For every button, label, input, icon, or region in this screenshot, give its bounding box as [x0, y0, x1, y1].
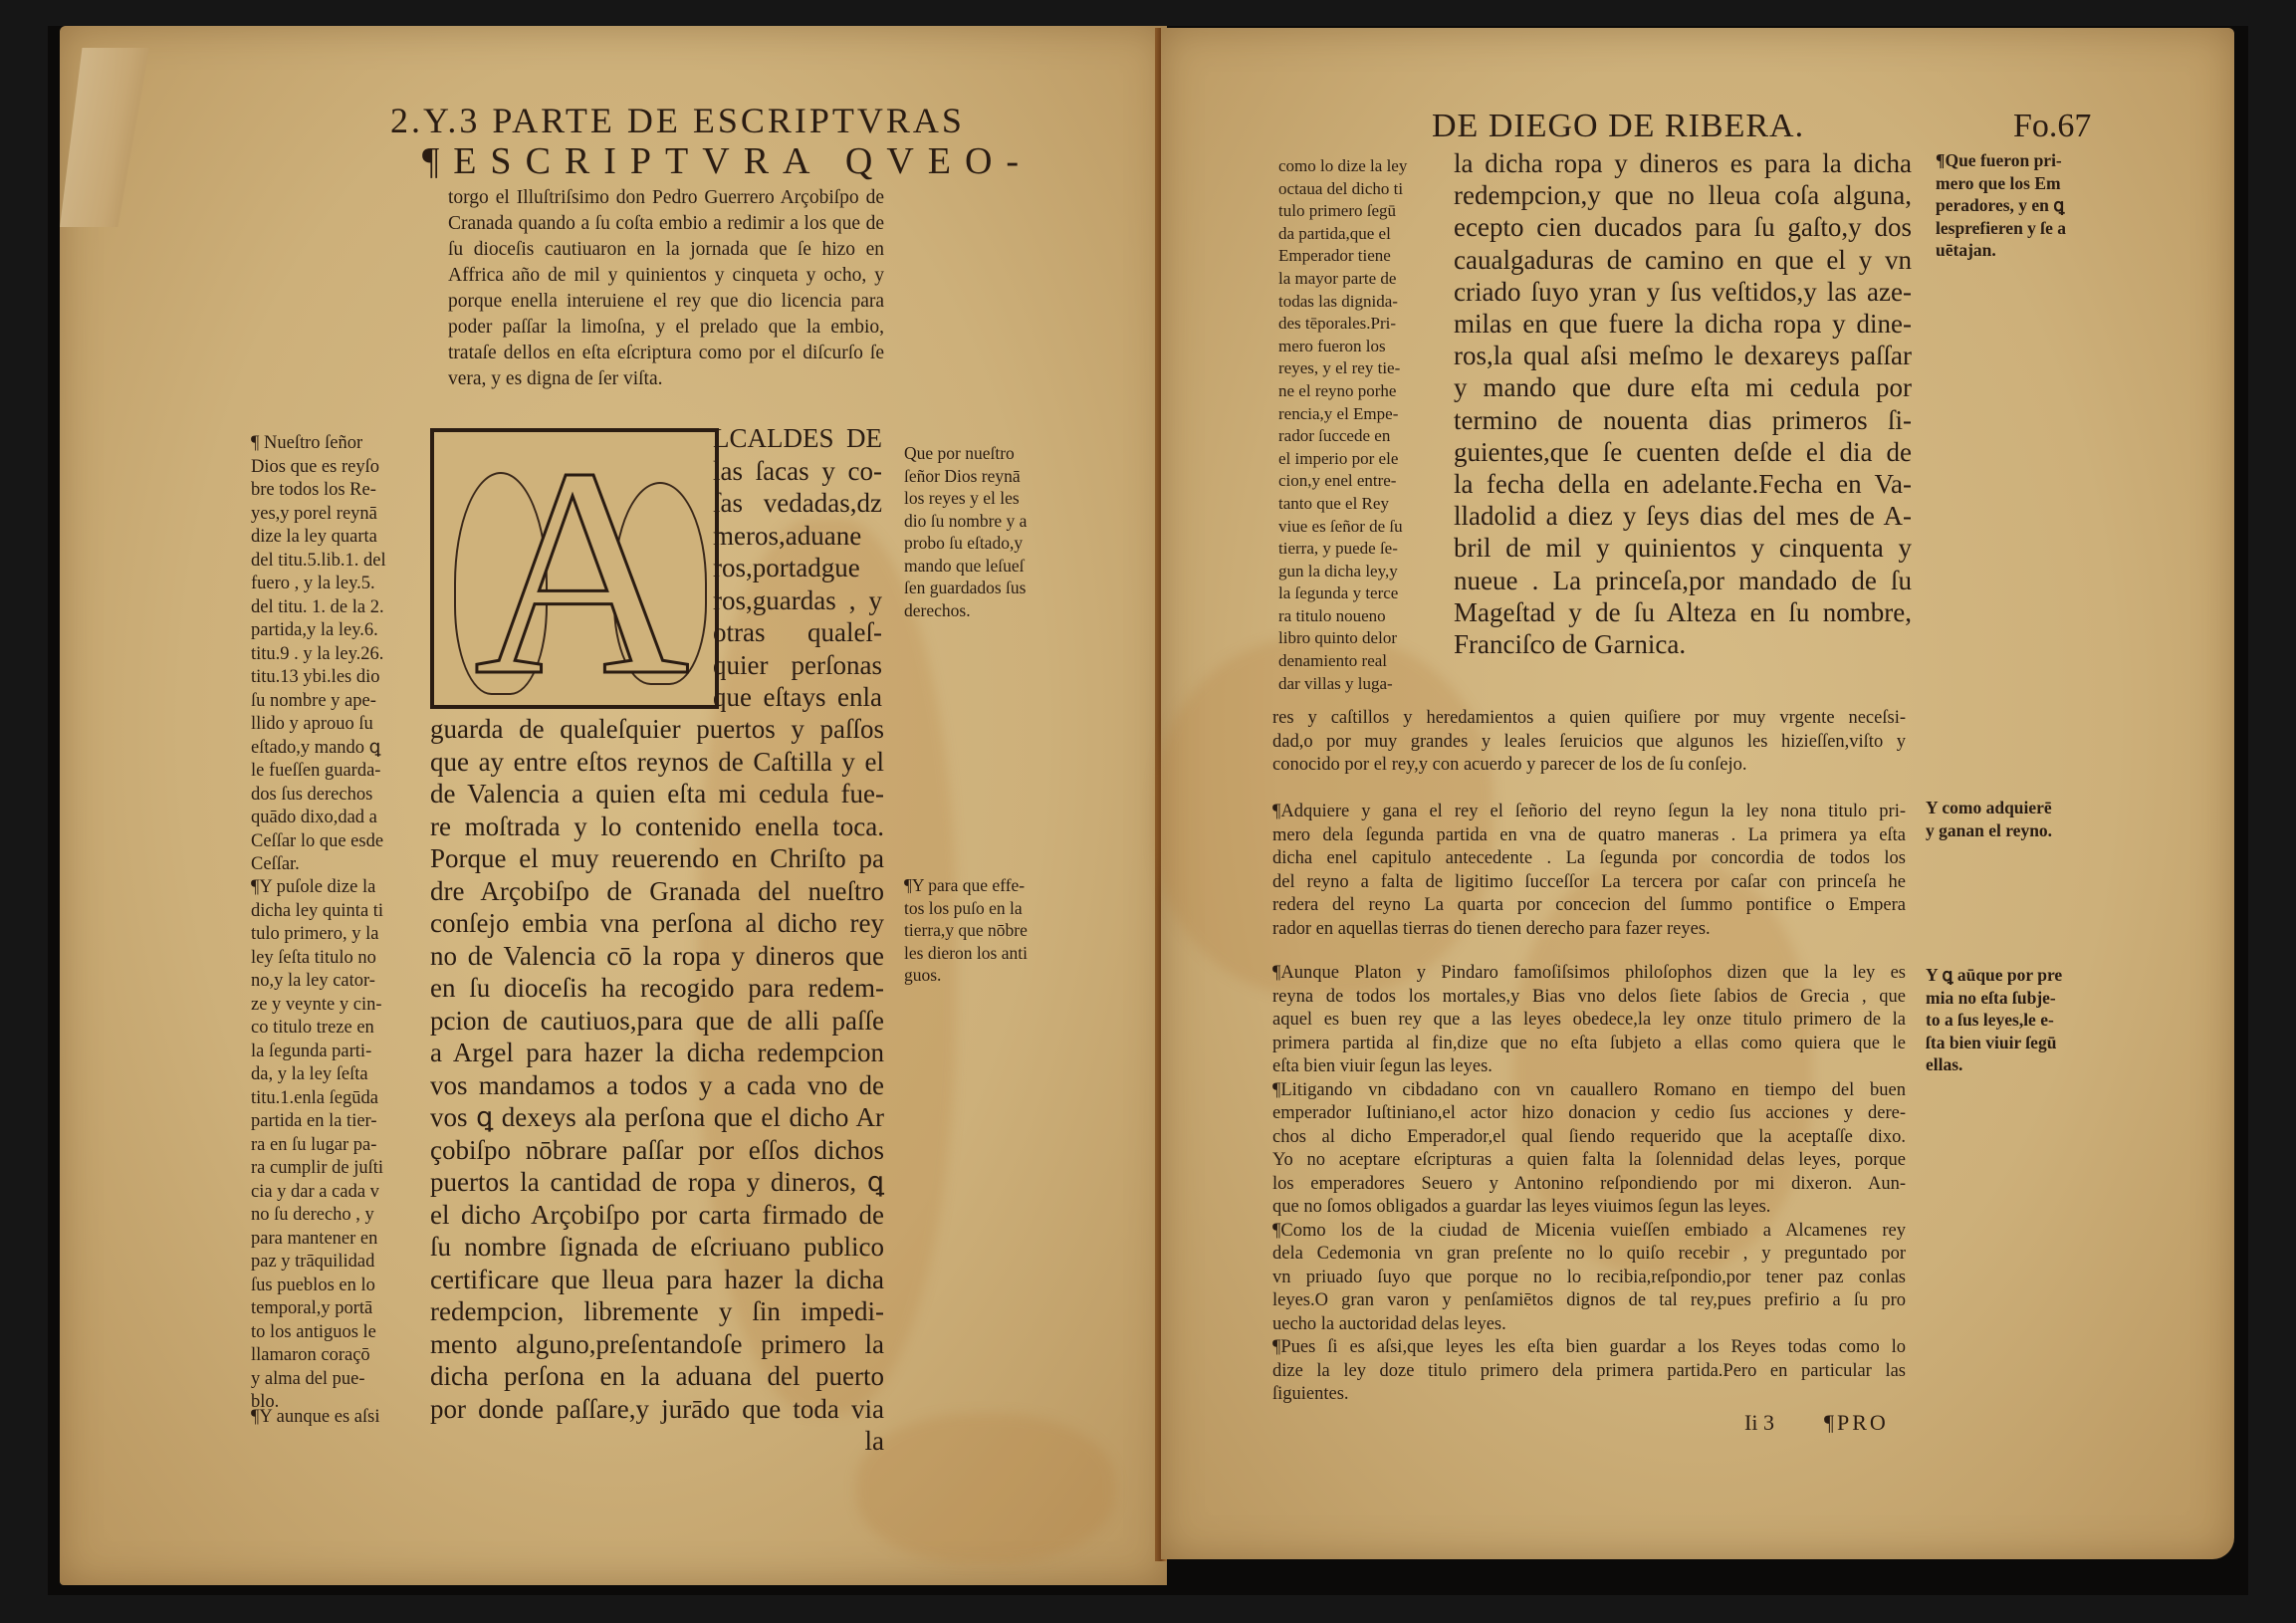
note-line: Y como adquierē [1926, 797, 2105, 819]
text-line: Yo no aceptare eſcripturas a quien falta… [1272, 1149, 1906, 1173]
continuation-text: res y caſtillos y heredamientos a quien … [1272, 707, 1906, 778]
text-line: bril de mil y quinientos y cinquenta y [1454, 532, 1912, 564]
text-line: uecho la auctoridad delas leyes. [1272, 1313, 1906, 1337]
note-line: llamaron coraçō [251, 1344, 410, 1368]
text-line: Franciſco de Garnica. [1454, 628, 1912, 660]
text-line: ſas vedadas,dz [713, 487, 882, 520]
note-line: el imperio por ele [1278, 448, 1438, 471]
text-line: ¶Pues ſi es aſsi,que leyes les eſta bien… [1272, 1336, 1906, 1360]
main-text-column-right: la dicha ropa y dineros es para la dicha… [1454, 147, 1912, 660]
note-line: la mayor parte de [1278, 268, 1438, 291]
text-line: y mando que dure eſta mi cedula por [1454, 371, 1912, 403]
text-line: los emperadores Seuero y Antonino reſpon… [1272, 1173, 1906, 1197]
text-line: que eſtays enla [713, 681, 882, 714]
text-line: dicha perſona en la aduana del puerto [430, 1360, 884, 1393]
note-line: dos ſus derechos [251, 784, 410, 808]
note-line: cia y dar a cada v [251, 1181, 410, 1205]
text-line: lladolid a diez y ſeys dias del mes de A… [1454, 500, 1912, 532]
note-line: ſu nombre y ape- [251, 690, 410, 714]
text-line: mento alguno,preſentandoſe primero la [430, 1328, 884, 1361]
note-line: viue es ſeñor de ſu [1278, 516, 1438, 539]
note-line: eſtado,y mando ꝗ [251, 737, 410, 761]
note-line: todas las dignida- [1278, 291, 1438, 314]
note-line: gun la dicha ley,y [1278, 561, 1438, 583]
note-line: bre todos los Re- [251, 479, 410, 503]
text-line: certificare que lleua para hazer la dich… [430, 1264, 884, 1296]
text-line: ¶Aunque Platon y Pindaro famoſiſsimos ph… [1272, 962, 1906, 986]
note-line: titu.1.enla ſegūda [251, 1087, 410, 1111]
text-line: ros,portadgue [713, 552, 882, 584]
text-line: dicha enel capitulo antecedente . La ſeg… [1272, 847, 1906, 871]
left-margin-note-1: ¶ Nueſtro ſeñor Dios que es reyſo bre to… [251, 432, 410, 877]
text-line: caualgaduras de camino en que el y vn [1454, 244, 1912, 276]
running-head-left: 2.Y.3 PARTE DE ESCRIPTVRAS [390, 100, 965, 141]
note-line: ra cumplir de juſti [251, 1157, 410, 1181]
note-line: tierra, y puede ſe- [1278, 538, 1438, 561]
note-line: reyes, y el rey tie- [1278, 357, 1438, 380]
note-line: co titulo treze en [251, 1017, 410, 1041]
text-line: del reyno a falta de ligitimo ſucceſſor … [1272, 871, 1906, 895]
text-line: çobiſpo nōbrare paſſar por eſſos dichos [430, 1134, 884, 1167]
note-line: derechos. [904, 599, 1073, 622]
paragraph-aunque-platon: ¶Aunque Platon y Pindaro famoſiſsimos ph… [1272, 962, 1906, 1407]
text-line: guientes,que ſe cuenten deſde el dia de [1454, 436, 1912, 468]
text-line: primera partida al fin,dize que no eſta … [1272, 1033, 1906, 1056]
text-line: conſejo embia vna perſona al dicho rey [430, 907, 884, 940]
text-line: leyes.O gran varon y penſamiētos dignos … [1272, 1289, 1906, 1313]
note-line: dicha ley quinta ti [251, 900, 410, 924]
text-line: la fecha della en adelante.Fecha en Va- [1454, 468, 1912, 500]
text-line: mero dela ſegunda partida en vna de quat… [1272, 824, 1906, 848]
text-line: redempcion, libremente y ſin impedi- [430, 1295, 884, 1328]
side-note-leyes: Y ꝗ aūque por pre mia no eſta ſubje- to … [1926, 964, 2105, 1076]
text-line: ¶Como los de la ciudad de Micenia vuieſſ… [1272, 1220, 1906, 1244]
note-line: no ſu derecho , y [251, 1204, 410, 1228]
text-line: chos al dicho Emperador,el qual ſiendo r… [1272, 1126, 1906, 1150]
note-line: probo ſu eſtado,y [904, 532, 1073, 555]
text-line: puertos la cantidad de ropa y dineros, ꝗ [430, 1166, 884, 1199]
text-line: re moſtrada y lo contenido enella toca. [430, 811, 884, 843]
text-line: la dicha ropa y dineros es para la dicha [1454, 147, 1912, 179]
right-page-left-margin-note: como lo dize la ley octaua del dicho ti … [1278, 155, 1438, 695]
note-line: del titu.5.lib.1. del [251, 550, 410, 574]
note-line: titu.13 ybi.les dio [251, 666, 410, 690]
note-line: Emperador tiene [1278, 245, 1438, 268]
note-line: lesprefieren y ſe a [1936, 217, 2105, 240]
note-line: guos. [904, 964, 1073, 987]
text-line: aquel es buen rey que a las leyes obedec… [1272, 1009, 1906, 1033]
text-line: las ſacas y co- [713, 455, 882, 488]
text-line: quier perſonas [713, 649, 882, 682]
note-line: rencia,y el Empe- [1278, 403, 1438, 426]
note-line: cion,y enel entre- [1278, 470, 1438, 493]
text-line: dad,o por muy grandes y leales ſeruicios… [1272, 731, 1906, 755]
note-line: fuero , y la ley.5. [251, 573, 410, 596]
note-line: Dios que es reyſo [251, 456, 410, 480]
text-line: eſta bien viuir ſegun las leyes. [1272, 1055, 1906, 1079]
decorated-initial: A [430, 428, 719, 709]
text-line: a Argel para hazer la dicha redempcion [430, 1037, 884, 1069]
note-line: ra en ſu lugar pa- [251, 1134, 410, 1158]
note-line: Que por nueſtro [904, 442, 1073, 465]
note-line: octaua del dicho ti [1278, 178, 1438, 201]
note-line: Ceſſar. [251, 853, 410, 877]
text-line: ros,la qual aſsi meſmo le dexareys paſſa… [1454, 340, 1912, 371]
note-line: denamiento real [1278, 650, 1438, 673]
note-line: Y ꝗ aūque por pre [1926, 964, 2105, 987]
note-line: mando que leſueſ [904, 555, 1073, 578]
side-note-adquiere: Y como adquierē y ganan el reyno. [1926, 797, 2105, 841]
note-line: le fueſſen guarda- [251, 760, 410, 784]
note-line: des tēporales.Pri- [1278, 313, 1438, 336]
left-margin-note-2: ¶Y puſole dize la dicha ley quinta ti tu… [251, 876, 410, 1415]
note-line: tanto que el Rey [1278, 493, 1438, 516]
text-line: dize la ley doze titulo primero dela pri… [1272, 1360, 1906, 1384]
text-line: por donde paſſare,y jurādo que toda via [430, 1393, 884, 1426]
note-line: llido y aprouo ſu [251, 713, 410, 737]
note-line: ſeñor Dios reynā [904, 465, 1073, 488]
text-line: ¶Litigando vn cibdadano con vn cauallero… [1272, 1079, 1906, 1103]
note-line: la ſegunda y terce [1278, 582, 1438, 605]
text-line: vos mandamos a todos y a cada vno de [430, 1069, 884, 1102]
text-line: ¶Adquiere y gana el rey el ſeñorio del r… [1272, 801, 1906, 824]
note-line: ¶Que fueron pri- [1936, 149, 2105, 172]
intro-text: torgo el Illuſtriſsimo don Pedro Guerrer… [448, 185, 884, 392]
text-line: ſiguientes. [1272, 1383, 1906, 1407]
text-line: que no ſomos obligados a guardar las ley… [1272, 1196, 1906, 1220]
note-line: to a ſus leyes,le e- [1926, 1009, 2105, 1032]
text-line: dre Arçobiſpo de Granada del nueſtro [430, 875, 884, 908]
note-line: libro quinto delor [1278, 627, 1438, 650]
note-line: temporal,y portā [251, 1297, 410, 1321]
note-line: mia no eſta ſubje- [1926, 987, 2105, 1010]
note-line: partida en la tier- [251, 1110, 410, 1134]
note-line: ¶Y puſole dize la [251, 876, 410, 900]
text-line: la [430, 1425, 884, 1458]
folio-number: Fo.67 [2013, 108, 2091, 145]
text-line: en ſu dioceſis ha recogido para redem- [430, 972, 884, 1005]
right-margin-note-2: ¶Y para que effe- tos los puſo en la tie… [904, 874, 1073, 987]
note-line: titu.9 . y la ley.26. [251, 643, 410, 667]
note-line: dar villas y luga- [1278, 673, 1438, 696]
note-line: paz y trāquilidad [251, 1251, 410, 1275]
top-right-margin-note: ¶Que fueron pri- mero que los Em perador… [1936, 149, 2105, 262]
text-line: meros,aduane [713, 520, 882, 553]
note-line: Ceſſar lo que esde [251, 830, 410, 854]
text-line: guarda de qualeſquier puertos y paſſos [430, 713, 884, 746]
text-line: Mageſtad y de ſu Alteza en ſu nombre, [1454, 596, 1912, 628]
text-line: pcion de cautiuos,para que de alli paſſe [430, 1005, 884, 1038]
note-line: ra titulo noueno [1278, 605, 1438, 628]
note-line: dize la ley quarta [251, 526, 410, 550]
text-line: emperador Iuſtiniano,el actor hizo donac… [1272, 1102, 1906, 1126]
initial-letter: A [474, 422, 690, 721]
note-line: to los antiguos le [251, 1321, 410, 1345]
note-line: partida,y la ley.6. [251, 619, 410, 643]
text-line: dela Cedemonia vn gran preſente no lo qu… [1272, 1243, 1906, 1267]
note-line: quādo dixo,dad a [251, 807, 410, 830]
note-line: ¶Y aunque es aſsi [251, 1406, 420, 1430]
signature-mark: Ii 3 [1744, 1410, 1774, 1436]
text-line: ecepto cien ducados para ſu gaſto,y dos [1454, 211, 1912, 243]
text-line: redempcion,y que no lleua coſa alguna, [1454, 179, 1912, 211]
note-line: ze y veynte y cin- [251, 994, 410, 1018]
text-line: criado ſuyo yran y ſus veſtidos,y las az… [1454, 276, 1912, 308]
note-line: y ganan el reyno. [1926, 819, 2105, 842]
note-line: ellas. [1926, 1053, 2105, 1076]
text-line: vn priuado ſuyo que porque no lo recibia… [1272, 1267, 1906, 1290]
section-title: ¶ESCRIPTVRA QVEO- [422, 139, 1033, 183]
note-line: rador ſuccede en [1278, 425, 1438, 448]
note-line: peradores, y en ꝗ [1936, 194, 2105, 217]
note-line: da partida,que el [1278, 223, 1438, 246]
note-line: tulo primero, y la [251, 923, 410, 947]
note-line: ne el reyno porhe [1278, 380, 1438, 403]
note-line: del titu. 1. de la 2. [251, 596, 410, 620]
note-line: ley ſeſta titulo no [251, 947, 410, 971]
intro-paragraph: torgo el Illuſtriſsimo don Pedro Guerrer… [448, 185, 884, 392]
note-line: tulo primero ſegū [1278, 200, 1438, 223]
note-line: ¶ Nueſtro ſeñor [251, 432, 410, 456]
running-head-right: DE DIEGO DE RIBERA. [1432, 108, 1804, 145]
text-line: termino de nouenta dias primeros ſi- [1454, 404, 1912, 436]
main-text-column-left: guarda de qualeſquier puertos y paſſos q… [430, 713, 884, 1458]
text-line: Porque el muy reuerendo en Chriſto pa [430, 842, 884, 875]
text-line: que ay entre eſtos reynos de Caſtilla y … [430, 746, 884, 779]
text-line: ros,guardas , y [713, 584, 882, 617]
right-margin-note-1: Que por nueſtro ſeñor Dios reynā los rey… [904, 442, 1073, 621]
paragraph-adquiere: ¶Adquiere y gana el rey el ſeñorio del r… [1272, 801, 1906, 941]
note-line: como lo dize la ley [1278, 155, 1438, 178]
catchword: ¶PRO [1824, 1410, 1889, 1436]
text-line: ſu nombre ſignada de eſcriuano publico [430, 1231, 884, 1264]
note-line: la ſegunda parti- [251, 1041, 410, 1064]
text-line: milas en que fuere la dicha ropa y dine- [1454, 308, 1912, 340]
text-line: conocido por el rey,y con acuerdo y pare… [1272, 754, 1906, 778]
note-line: tierra,y que nōbre [904, 919, 1073, 942]
note-line: ſus pueblos en lo [251, 1275, 410, 1298]
note-line: yes,y porel reynā [251, 503, 410, 527]
note-line: da, y la ley ſeſta [251, 1063, 410, 1087]
note-line: mero que los Em [1936, 172, 2105, 195]
left-margin-note-3: ¶Y aunque es aſsi [251, 1406, 420, 1430]
text-line: no de Valencia cō la ropa y dineros que [430, 940, 884, 973]
water-stain [856, 1414, 1115, 1563]
text-line: LCALDES DE [713, 422, 882, 455]
text-line: de Valencia a quien eſta mi cedula fue- [430, 778, 884, 811]
note-line: mero fueron los [1278, 336, 1438, 358]
note-line: los reyes y el les [904, 487, 1073, 510]
text-line: nueue . La princeſa,por mandado de ſu [1454, 565, 1912, 596]
note-line: no,y la ley cator- [251, 970, 410, 994]
note-line: ſta bien viuir ſegū [1926, 1032, 2105, 1054]
text-line: el dicho Arçobiſpo por carta firmado de [430, 1199, 884, 1232]
text-line: otras qualeſ- [713, 616, 882, 649]
text-line: rador en aquellas tierras do tienen dere… [1272, 918, 1906, 942]
text-line: vos ꝗ dexeys ala perſona que el dicho Ar [430, 1101, 884, 1134]
text-line: res y caſtillos y heredamientos a quien … [1272, 707, 1906, 731]
text-line: redera del reyno La quarta por concecion… [1272, 894, 1906, 918]
note-line: y alma del pue- [251, 1368, 410, 1392]
note-line: tos los puſo en la [904, 897, 1073, 920]
note-line: dio ſu nombre y a [904, 510, 1073, 533]
note-line: para mantener en [251, 1228, 410, 1252]
note-line: les dieron los anti [904, 942, 1073, 965]
text-line: reyna de todos los mortales,y Bias vno d… [1272, 986, 1906, 1010]
note-line: uētajan. [1936, 239, 2105, 262]
note-line: ¶Y para que effe- [904, 874, 1073, 897]
main-text-beside-initial: LCALDES DE las ſacas y co- ſas vedadas,d… [713, 422, 882, 714]
note-line: ſen guardados ſus [904, 577, 1073, 599]
